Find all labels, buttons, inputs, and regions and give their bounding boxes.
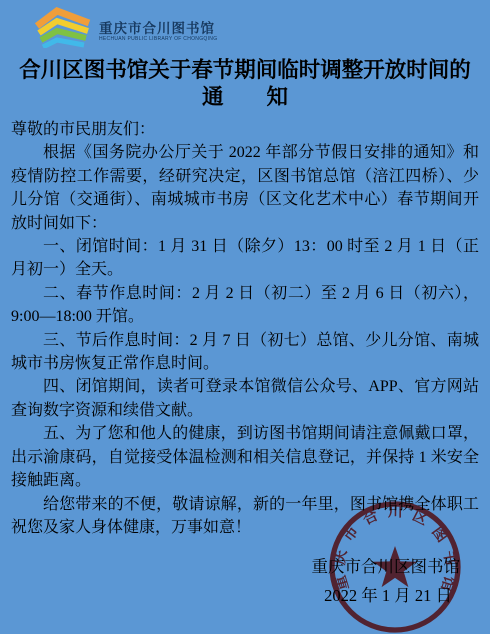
library-name-en: HECHUAN PUBLIC LIBRARY OF CHONGQING: [99, 36, 217, 43]
library-logo-text: 重庆市合川图书馆 HECHUAN PUBLIC LIBRARY OF CHONG…: [99, 21, 217, 43]
logo-chevron-blue: [43, 40, 84, 47]
notice-body: 尊敬的市民朋友们： 根据《国务院办公厅关于 2022 年部分节假日安排的通知》和…: [11, 118, 479, 539]
signature-date: 2022 年 1 月 21 日: [312, 581, 461, 610]
library-logo: 重庆市合川图书馆 HECHUAN PUBLIC LIBRARY OF CHONG…: [34, 6, 217, 48]
paragraph-closing: 给您带来的不便，敬请谅解，新的一年里，图书馆携全体职工祝您及家人身体健康，万事如…: [11, 493, 479, 540]
paragraph-item-5-health: 五、为了您和他人的健康，到访图书馆期间请注意佩戴口罩，出示渝康码，自觉接受体温检…: [11, 422, 479, 492]
notice-title: 合川区图书馆关于春节期间临时调整开放时间的 通 知: [14, 57, 476, 111]
notice-page: 重庆市合川图书馆 HECHUAN PUBLIC LIBRARY OF CHONG…: [0, 0, 490, 634]
paragraph-item-2-festival-hours: 二、春节作息时间：2 月 2 日（初二）至 2 月 6 日（初六），9:00—1…: [11, 282, 479, 329]
salutation: 尊敬的市民朋友们：: [11, 118, 479, 141]
signature-block: 重庆市合川区图书馆 2022 年 1 月 21 日: [312, 552, 461, 610]
notice-title-line1: 合川区图书馆关于春节期间临时调整开放时间的: [14, 57, 476, 84]
notice-title-line2: 通 知: [14, 84, 476, 111]
library-name-cn: 重庆市合川图书馆: [99, 21, 217, 36]
logo-chevron-green: [41, 31, 86, 40]
library-logo-icon: [34, 6, 92, 48]
paragraph-item-1-closure: 一、闭馆时间：1 月 31 日（除夕）13：00 时至 2 月 1 日（正月初一…: [11, 235, 479, 282]
paragraph-intro: 根据《国务院办公厅关于 2022 年部分节假日安排的通知》和疫情防控工作需要，经…: [11, 141, 479, 235]
signature-org: 重庆市合川区图书馆: [312, 552, 461, 581]
paragraph-item-4-online: 四、闭馆期间，读者可登录本馆微信公众号、APP、官方网站查询数字资源和续借文献。: [11, 375, 479, 422]
paragraph-item-3-resume: 三、节后作息时间：2 月 7 日（初七）总馆、少儿分馆、南城城市书房恢复正常作息…: [11, 329, 479, 376]
